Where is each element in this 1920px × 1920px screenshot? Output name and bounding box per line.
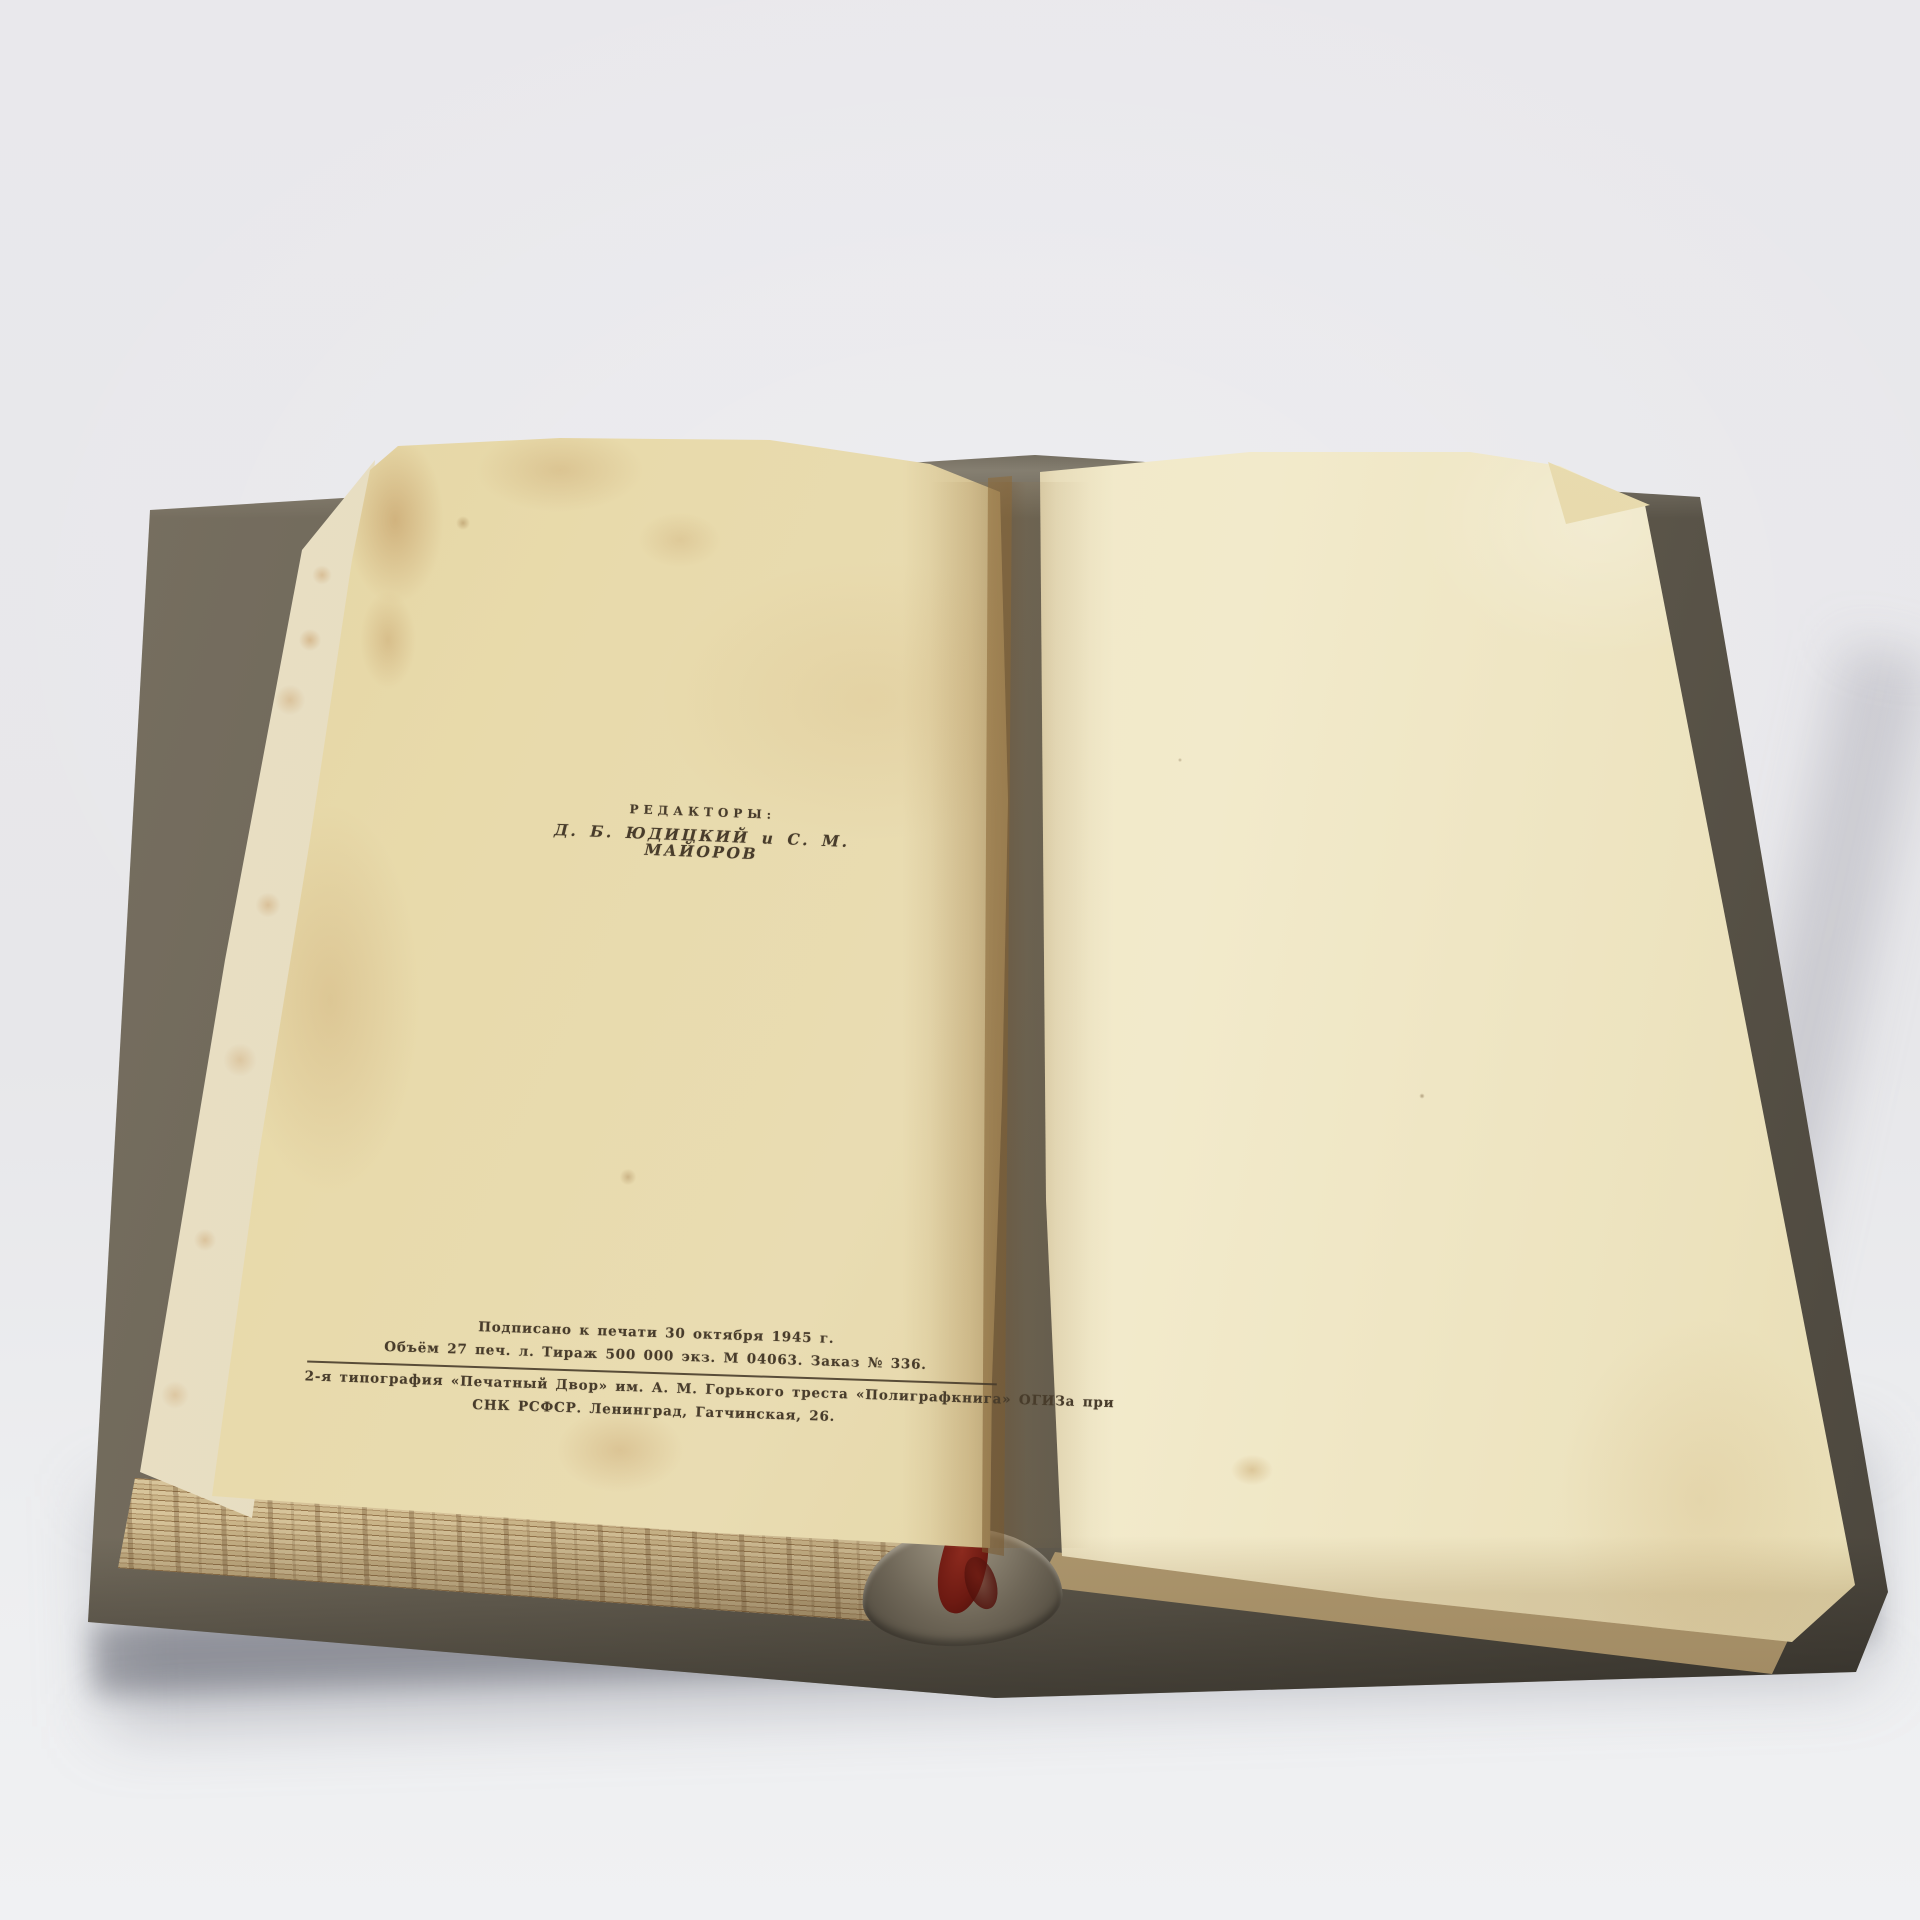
photo-canvas: РЕДАКТОРЫ: Д. Б. ЮДИЦКИЙ и С. М. МАЙОРОВ… <box>0 0 1920 1920</box>
